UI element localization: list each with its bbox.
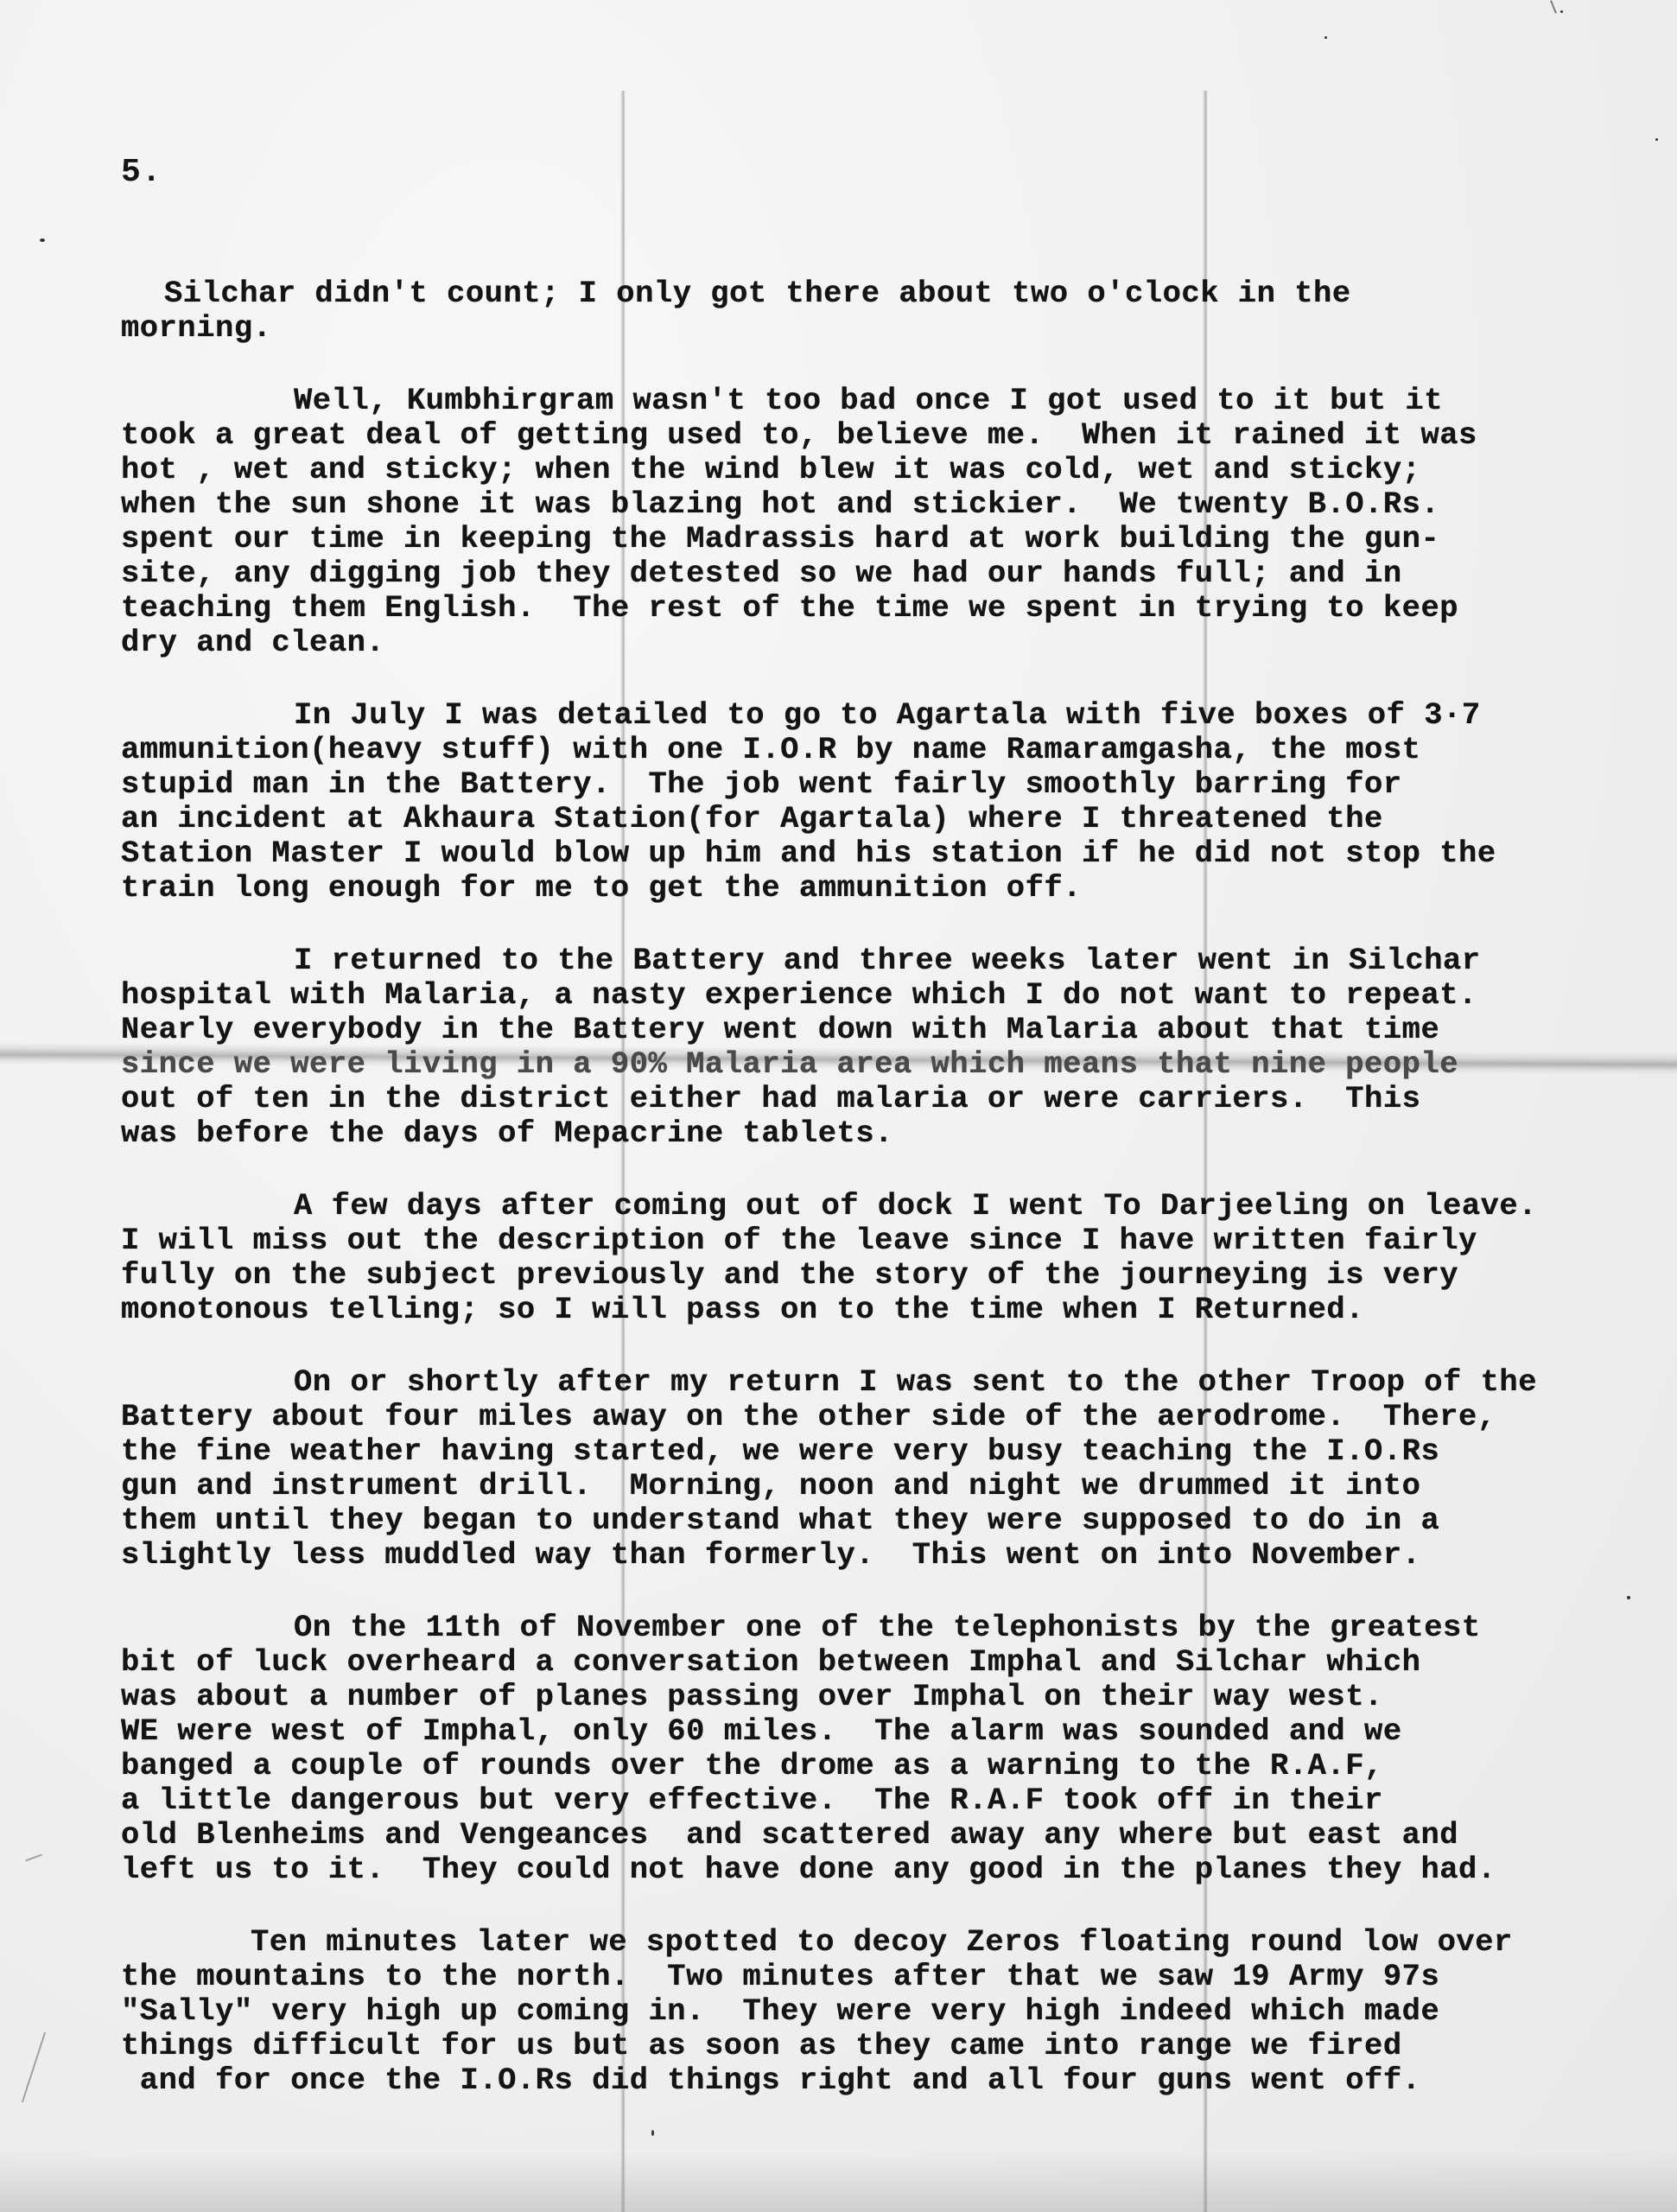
page-number: 5. <box>121 154 162 191</box>
text-line: was about a number of planes passing ove… <box>121 1680 1642 1714</box>
text-line: out of ten in the district either had ma… <box>121 1082 1642 1116</box>
text-line: teaching them English. The rest of the t… <box>121 591 1642 626</box>
text-line: WE were west of Imphal, only 60 miles. T… <box>121 1714 1642 1749</box>
text-line: and for once the I.O.Rs did things right… <box>121 2063 1642 2098</box>
text-line: things difficult for us but as soon as t… <box>121 2029 1642 2063</box>
paragraph-agartala: In July I was detailed to go to Agartala… <box>121 698 1642 906</box>
text-line: dry and clean. <box>121 626 1642 660</box>
text-line: morning. <box>121 311 1642 346</box>
text-line: Nearly everybody in the Battery went dow… <box>121 1013 1642 1047</box>
text-line: Ten minutes later we spotted to decoy Ze… <box>121 1925 1642 1960</box>
text-line: I returned to the Battery and three week… <box>121 944 1642 978</box>
text-line: A few days after coming out of dock I we… <box>121 1189 1642 1224</box>
text-line: hospital with Malaria, a nasty experienc… <box>121 978 1642 1013</box>
text-line: On or shortly after my return I was sent… <box>121 1365 1642 1400</box>
ink-speck <box>1324 36 1327 39</box>
ink-speck <box>40 238 45 242</box>
paragraph-darjeeling: A few days after coming out of dock I we… <box>121 1189 1642 1327</box>
text-line: was before the days of Mepacrine tablets… <box>121 1116 1642 1151</box>
text-line: I will miss out the description of the l… <box>121 1224 1642 1258</box>
ink-speck <box>1655 138 1658 141</box>
paragraph-zeros: Ten minutes later we spotted to decoy Ze… <box>121 1925 1642 2098</box>
text-line: train long enough for me to get the ammu… <box>121 871 1642 906</box>
text-line: In July I was detailed to go to Agartala… <box>121 698 1642 733</box>
text-line: "Sally" very high up coming in. They wer… <box>121 1994 1642 2029</box>
text-line: On the 11th of November one of the telep… <box>121 1611 1642 1645</box>
paragraph-troop: On or shortly after my return I was sent… <box>121 1365 1642 1573</box>
text-line: Station Master I would blow up him and h… <box>121 836 1642 871</box>
pen-scratch <box>22 2032 46 2102</box>
text-line: the fine weather having started, we were… <box>121 1434 1642 1469</box>
text-line: took a great deal of getting used to, be… <box>121 418 1642 453</box>
text-line: ammunition(heavy stuff) with one I.O.R b… <box>121 733 1642 767</box>
text-line: a little dangerous but very effective. T… <box>121 1783 1642 1818</box>
ink-speck <box>1560 10 1563 13</box>
document-body: Silchar didn't count; I only got there a… <box>121 276 1642 2136</box>
pen-scratch <box>1550 0 1557 14</box>
text-line: left us to it. They could not have done … <box>121 1853 1642 1887</box>
scanned-typewritten-page: 5. Silchar didn't count; I only got ther… <box>0 0 1677 2212</box>
text-line: stupid man in the Battery. The job went … <box>121 767 1642 802</box>
text-line: them until they began to understand what… <box>121 1503 1642 1538</box>
text-line: Battery about four miles away on the oth… <box>121 1400 1642 1434</box>
text-line: hot , wet and sticky; when the wind blew… <box>121 453 1642 487</box>
bottom-edge-shadow <box>0 2152 1677 2212</box>
text-line: Silchar didn't count; I only got there a… <box>121 276 1642 311</box>
text-line: spent our time in keeping the Madrassis … <box>121 522 1642 556</box>
paragraph-silchar: Silchar didn't count; I only got there a… <box>121 276 1642 346</box>
text-line: an incident at Akhaura Station(for Agart… <box>121 802 1642 836</box>
text-line: banged a couple of rounds over the drome… <box>121 1749 1642 1783</box>
pen-scratch <box>25 1854 41 1862</box>
text-line: the mountains to the north. Two minutes … <box>121 1960 1642 1994</box>
paragraph-november: On the 11th of November one of the telep… <box>121 1611 1642 1887</box>
text-line: when the sun shone it was blazing hot an… <box>121 487 1642 522</box>
text-line: gun and instrument drill. Morning, noon … <box>121 1469 1642 1503</box>
paragraph-kumbhirgram: Well, Kumbhirgram wasn't too bad once I … <box>121 384 1642 660</box>
text-line: since we were living in a 90% Malaria ar… <box>121 1047 1642 1082</box>
text-line: old Blenheims and Vengeances and scatter… <box>121 1818 1642 1853</box>
text-line: slightly less muddled way than formerly.… <box>121 1538 1642 1573</box>
text-line: site, any digging job they detested so w… <box>121 556 1642 591</box>
paragraph-malaria: I returned to the Battery and three week… <box>121 944 1642 1151</box>
text-line: bit of luck overheard a conversation bet… <box>121 1645 1642 1680</box>
text-line: fully on the subject previously and the … <box>121 1258 1642 1293</box>
text-line: Well, Kumbhirgram wasn't too bad once I … <box>121 384 1642 418</box>
text-line: monotonous telling; so I will pass on to… <box>121 1293 1642 1327</box>
